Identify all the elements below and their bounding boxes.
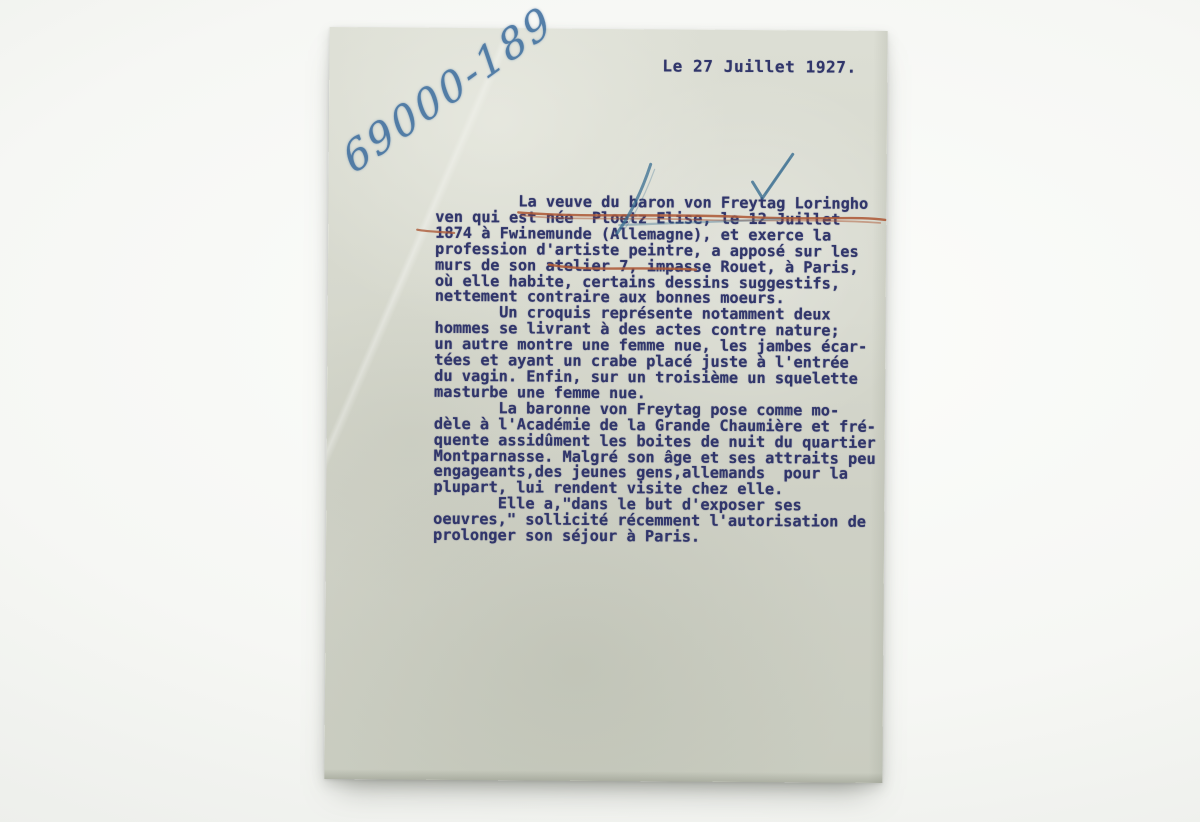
archive-number-handwritten: 69000-189	[335, 0, 561, 182]
blue-check-arrow	[765, 159, 789, 193]
document-page: Le 27 Juillet 1927. 69000-189 La veuve d…	[324, 27, 887, 783]
blue-check-arrow	[752, 154, 792, 198]
date-line: Le 27 Juillet 1927.	[662, 56, 857, 76]
photo-scene: Le 27 Juillet 1927. 69000-189 La veuve d…	[0, 0, 1200, 822]
typed-text-block: La veuve du baron von Freytag Loringhove…	[433, 194, 885, 547]
typed-line: prolonger son séjour à Paris.	[433, 528, 883, 547]
